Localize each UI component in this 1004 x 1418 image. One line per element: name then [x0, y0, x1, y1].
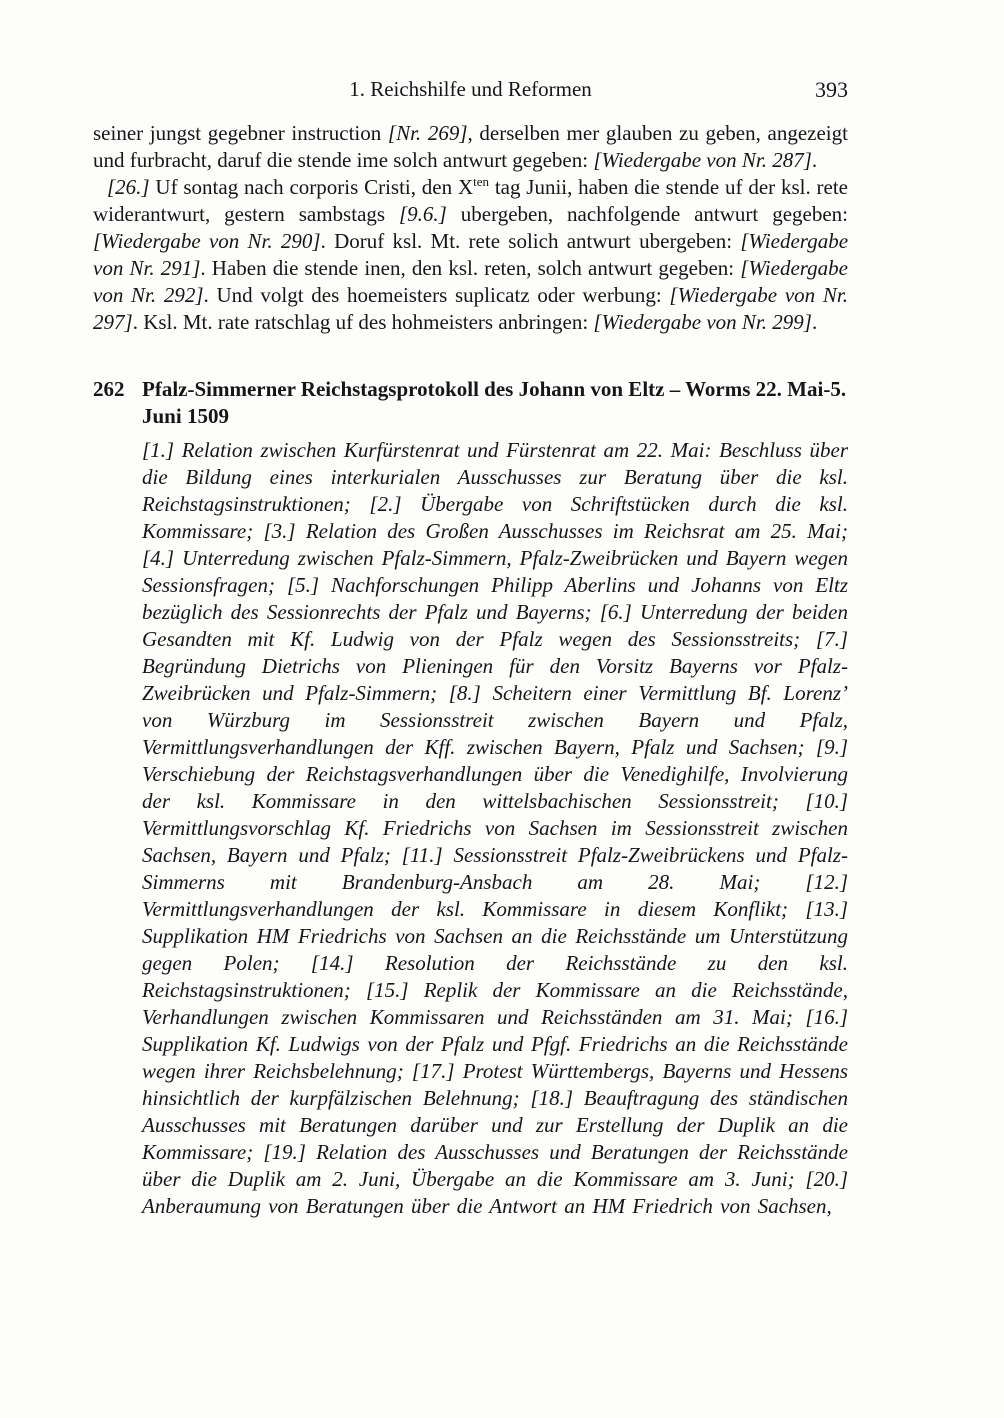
text-segment: [26.]: [107, 175, 150, 199]
text-segment: [9.6.]: [399, 202, 447, 226]
superscript-segment: ten: [473, 174, 489, 189]
book-page: 1. Reichshilfe und Reformen 393 seiner j…: [0, 0, 1004, 1418]
running-title: 1. Reichshilfe und Reformen: [93, 76, 848, 103]
opening-paragraph: seiner jungst gegebner instruction [Nr. …: [93, 120, 848, 174]
text-segment: [Nr. 269]: [388, 121, 468, 145]
text-segment: ubergeben, nachfolgende antwurt gegeben:: [447, 202, 848, 226]
entry-summary: [1.] Relation zwischen Kurfürstenrat und…: [142, 437, 848, 1220]
entry-number: 262: [93, 376, 142, 430]
entry-heading: 262 Pfalz-Simmerner Reichstagsprotokoll …: [93, 376, 848, 430]
text-segment: seiner jungst gegebner instruction: [93, 121, 388, 145]
page-number: 393: [815, 76, 848, 103]
text-segment: [Wiedergabe von Nr. 290]: [93, 229, 321, 253]
text-segment: . Ksl. Mt. rate ratschlag uf des hohmeis…: [133, 310, 594, 334]
text-segment: Uf sontag nach corporis Cristi, den X: [150, 175, 474, 199]
text-segment: . Und volgt des hoemeisters suplicatz od…: [204, 283, 670, 307]
page-header: 1. Reichshilfe und Reformen 393: [93, 76, 848, 103]
text-segment: [Wiedergabe von Nr. 299]: [593, 310, 812, 334]
text-segment: .: [812, 148, 817, 172]
text-segment: .: [812, 310, 817, 334]
entry-title: Pfalz-Simmerner Reichstagsprotokoll des …: [142, 376, 848, 430]
entry-26-paragraph: [26.] Uf sontag nach corporis Cristi, de…: [93, 174, 848, 336]
text-segment: . Haben die stende inen, den ksl. reten,…: [200, 256, 740, 280]
text-segment: [Wiedergabe von Nr. 287]: [593, 148, 812, 172]
text-block: 1. Reichshilfe und Reformen 393 seiner j…: [93, 76, 848, 1220]
text-segment: . Doruf ksl. Mt. rete solich antwurt ube…: [321, 229, 741, 253]
